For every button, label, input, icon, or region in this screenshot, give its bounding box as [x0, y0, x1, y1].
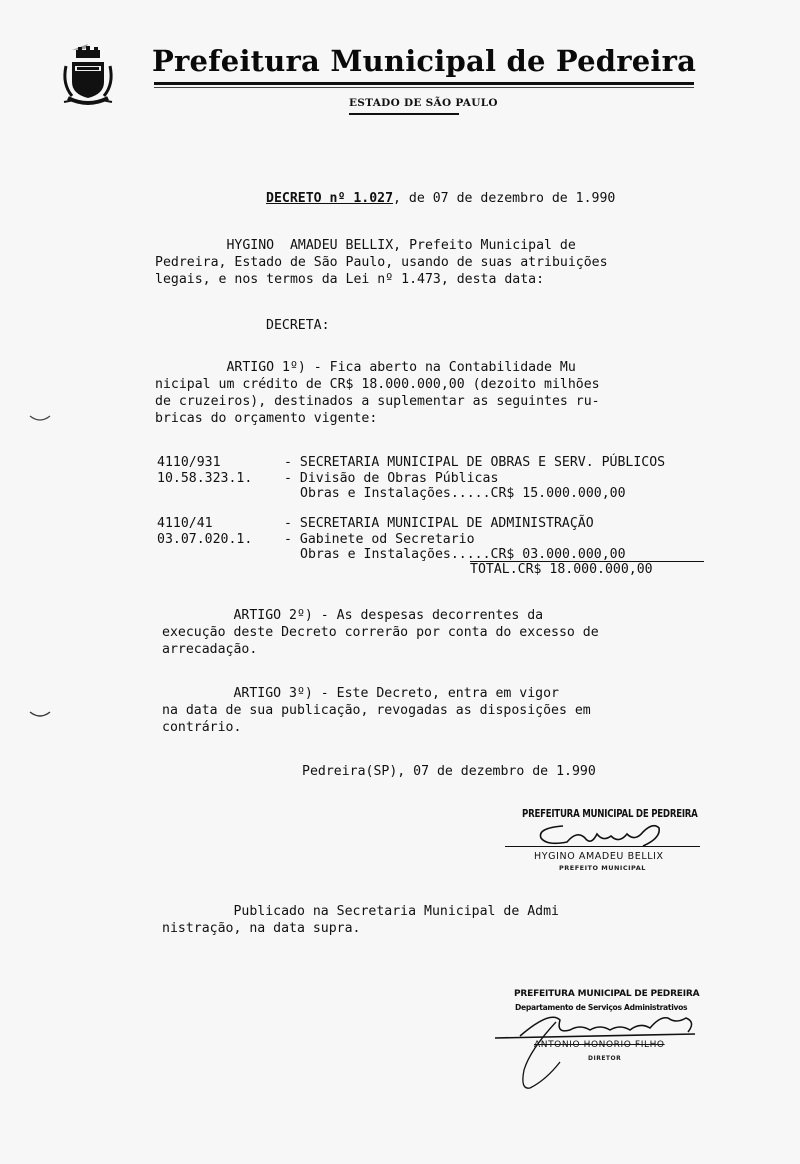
- budget-item-secretariat: - SECRETARIA MUNICIPAL DE ADMINISTRAÇÃO: [284, 516, 594, 531]
- letterhead-rule-thin: [154, 87, 694, 88]
- handwritten-signature-icon: [490, 1010, 705, 1095]
- mayor-signature-line: [505, 846, 700, 847]
- preamble-line: legais, e nos termos da Lei nº 1.473, de…: [155, 272, 544, 287]
- director-stamp-header: PREFEITURA MUNICIPAL DE PEDREIRA: [514, 989, 699, 999]
- preamble-line: Pedreira, Estado de São Paulo, usando de…: [155, 255, 608, 270]
- mayor-role: PREFEITO MUNICIPAL: [559, 864, 646, 872]
- article-2-line: execução deste Decreto correrão por cont…: [162, 625, 599, 640]
- publication-line: nistração, na data supra.: [162, 921, 361, 936]
- municipal-coat-of-arms-icon: [58, 40, 116, 110]
- budget-item-subcode: 03.07.020.1.: [157, 532, 252, 547]
- letterhead-rule: [154, 82, 694, 85]
- mayor-stamp-header: PREFEITURA MUNICIPAL DE PEDREIRA: [522, 808, 698, 820]
- decree-heading: DECRETO nº 1.027, de 07 de dezembro de 1…: [266, 191, 615, 206]
- budget-item-secretariat: - SECRETARIA MUNICIPAL DE OBRAS E SERV. …: [284, 455, 665, 470]
- mayor-name: HYGINO AMADEU BELLIX: [534, 851, 664, 862]
- article-3-line: contrário.: [162, 720, 241, 735]
- article-1-line: de cruzeiros), destinados a suplementar …: [155, 394, 600, 409]
- article-2-line: arrecadação.: [162, 642, 257, 657]
- margin-mark-icon: [28, 710, 52, 722]
- publication-line: Publicado na Secretaria Municipal de Adm…: [162, 904, 559, 919]
- director-role: DIRETOR: [588, 1055, 621, 1062]
- budget-item-line: Obras e Instalações.....CR$ 03.000.000,0…: [300, 547, 626, 562]
- budget-item-division: - Gabinete od Secretario: [284, 532, 475, 547]
- letterhead-state: ESTADO DE SÃO PAULO: [349, 97, 498, 109]
- preamble-line: HYGINO AMADEU BELLIX, Prefeito Municipal…: [155, 238, 576, 253]
- decree-date: , de 07 de dezembro de 1.990: [393, 191, 615, 206]
- budget-item-division: - Divisão de Obras Públicas: [284, 471, 498, 486]
- letterhead-title: Prefeitura Municipal de Pedreira: [152, 44, 696, 78]
- decreta-heading: DECRETA:: [266, 318, 330, 333]
- budget-item-line: Obras e Instalações.....CR$ 15.000.000,0…: [300, 486, 626, 501]
- article-2-line: ARTIGO 2º) - As despesas decorrentes da: [162, 608, 543, 623]
- state-underline: [349, 113, 459, 115]
- decree-document-page: Prefeitura Municipal de Pedreira ESTADO …: [0, 0, 800, 1164]
- margin-mark-icon: [28, 414, 52, 426]
- article-3-line: ARTIGO 3º) - Este Decreto, entra em vigo…: [162, 686, 559, 701]
- budget-item-code: 4110/41: [157, 516, 213, 531]
- director-name: ANTONIO HONORIO FILHO: [534, 1040, 665, 1050]
- budget-item-code: 4110/931: [157, 455, 221, 470]
- decree-number: DECRETO nº 1.027: [266, 191, 393, 206]
- budget-item-subcode: 10.58.323.1.: [157, 471, 252, 486]
- budget-total: TOTAL.CR$ 18.000.000,00: [470, 562, 653, 577]
- article-1-line: nicipal um crédito de CR$ 18.000.000,00 …: [155, 377, 600, 392]
- article-1-line: ARTIGO 1º) - Fica aberto na Contabilidad…: [155, 360, 576, 375]
- place-date: Pedreira(SP), 07 de dezembro de 1.990: [302, 764, 596, 779]
- article-1-line: bricas do orçamento vigente:: [155, 411, 377, 426]
- article-3-line: na data de sua publicação, revogadas as …: [162, 703, 591, 718]
